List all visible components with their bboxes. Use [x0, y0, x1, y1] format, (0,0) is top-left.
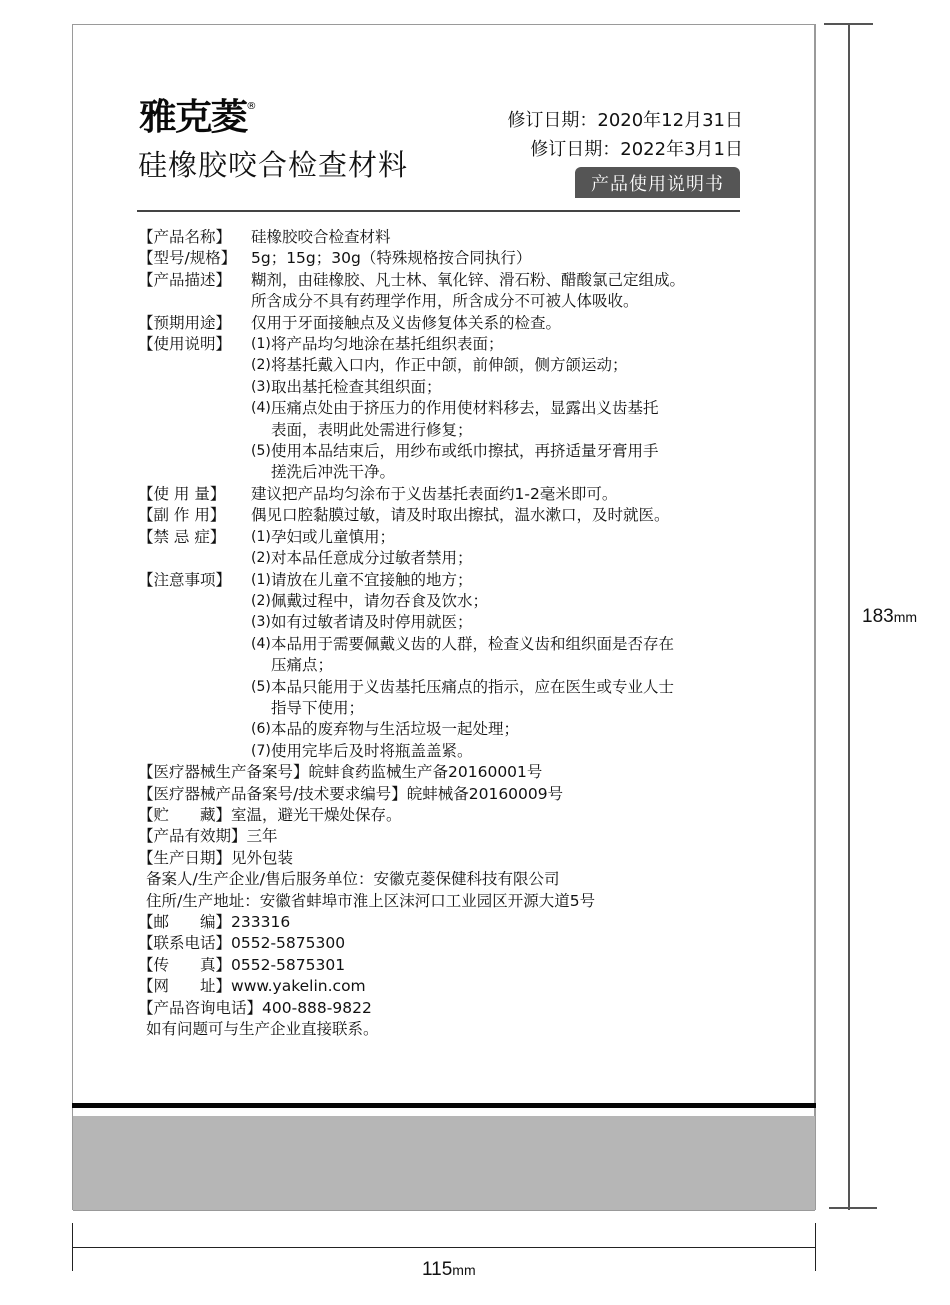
production-date-label: 【生产日期】 [138, 848, 231, 869]
step-text: 使用本品结束后，用纱布或纸巾擦拭，再挤适量牙膏用手 [271, 441, 659, 462]
website-link[interactable]: www.yakelin.com [231, 976, 366, 997]
postcode-row: 【邮 编】 233316 [138, 912, 768, 933]
precautions-label: 【注意事项】 [138, 570, 251, 591]
production-date-value: 见外包装 [231, 848, 293, 869]
model-spec-label: 【型号/规格】 [138, 248, 251, 269]
item-number: (2) [251, 548, 271, 569]
width-value: 115 [422, 1259, 452, 1280]
intended-use-label: 【预期用途】 [138, 313, 251, 334]
step-number: (4) [251, 398, 271, 419]
width-dimension-cap-right [815, 1223, 816, 1271]
item-number: (2) [251, 591, 271, 612]
item-text: 请放在儿童不宜接触的地方； [271, 570, 473, 591]
step-text: 将基托戴入口内，作正中颌，前伸颌，侧方颌运动； [271, 355, 628, 376]
brand-logo: 雅克菱® [139, 100, 257, 136]
storage-value: 室温，避光干燥处保存。 [231, 805, 402, 826]
step-text: 搓洗后冲洗干净。 [271, 462, 395, 483]
postcode-value: 233316 [231, 912, 290, 933]
leaflet-body: 【产品名称】 硅橡胶咬合检查材料 【型号/规格】 5g；15g；30g（特殊规格… [138, 227, 768, 1040]
hotline-value: 400-888-9822 [262, 998, 372, 1019]
closing-note-row: 如有问题可与生产企业直接联系。 [138, 1019, 768, 1040]
product-name-row: 【产品名称】 硅橡胶咬合检查材料 [138, 227, 768, 248]
item-text: 指导下使用； [271, 698, 364, 719]
product-record-label: 【医疗器械产品备案号/技术要求编号】 [138, 784, 407, 805]
height-dimension-cap-bottom [829, 1207, 877, 1209]
dosage-row: 【使 用 量】 建议把产品均匀涂布于义齿基托表面约1-2毫米即可。 [138, 484, 768, 505]
revision-date-1: 修订日期：2020年12月31日 [507, 112, 743, 130]
instructions-step-cont: 表面，表明此处需进行修复； [138, 420, 768, 441]
item-number: (1) [251, 570, 271, 591]
fax-value: 0552-5875301 [231, 955, 345, 976]
company-text: 备案人/生产企业/售后服务单位：安徽克菱保健科技有限公司 [146, 869, 559, 890]
item-text: 孕妇或儿童慎用； [271, 527, 395, 548]
product-record-row: 【医疗器械产品备案号/技术要求编号】 皖蚌械备20160009号 [138, 784, 768, 805]
intended-use-row: 【预期用途】 仅用于牙面接触点及义齿修复体关系的检查。 [138, 313, 768, 334]
production-record-label: 【医疗器械生产备案号】 [138, 762, 309, 783]
step-text: 表面，表明此处需进行修复； [271, 420, 473, 441]
width-dimension-line [72, 1247, 816, 1248]
instructions-label: 【使用说明】 [138, 334, 251, 355]
shelf-life-value: 三年 [247, 826, 278, 847]
precautions-item-cont: 压痛点； [138, 655, 768, 676]
company-row: 备案人/生产企业/售后服务单位：安徽克菱保健科技有限公司 [138, 869, 768, 890]
precautions-item: (6) 本品的废弃物与生活垃圾一起处理； [138, 719, 768, 740]
item-text: 本品只能用于义齿基托压痛点的指示，应在医生或专业人士 [271, 677, 674, 698]
height-value: 183 [862, 606, 894, 627]
step-number: (3) [251, 377, 271, 398]
precautions-item: (3) 如有过敏者请及时停用就医； [138, 612, 768, 633]
website-row: 【网 址】 www.yakelin.com [138, 976, 768, 997]
storage-row: 【贮 藏】 室温，避光干燥处保存。 [138, 805, 768, 826]
instructions-step-cont: 搓洗后冲洗干净。 [138, 462, 768, 483]
contraindications-item: (2) 对本品任意成分过敏者禁用； [138, 548, 768, 569]
product-title: 硅橡胶咬合检查材料 [138, 151, 408, 180]
phone-value: 0552-5875300 [231, 933, 345, 954]
contraindications-row: 【禁 忌 症】 (1) 孕妇或儿童慎用； [138, 527, 768, 548]
website-label: 【网 址】 [138, 976, 231, 997]
phone-row: 【联系电话】 0552-5875300 [138, 933, 768, 954]
step-text: 压痛点处由于挤压力的作用使材料移去，显露出义齿基托 [271, 398, 659, 419]
step-number: (1) [251, 334, 271, 355]
item-number: (6) [251, 719, 271, 740]
dosage-value: 建议把产品均匀涂布于义齿基托表面约1-2毫米即可。 [251, 484, 617, 505]
precautions-row: 【注意事项】 (1) 请放在儿童不宜接触的地方； [138, 570, 768, 591]
product-name-value: 硅橡胶咬合检查材料 [251, 227, 391, 248]
item-number: (5) [251, 677, 271, 698]
item-number: (7) [251, 741, 271, 762]
item-number: (4) [251, 634, 271, 655]
item-text: 本品用于需要佩戴义齿的人群，检查义齿和组织面是否存在 [271, 634, 674, 655]
storage-label: 【贮 藏】 [138, 805, 231, 826]
address-text: 住所/生产地址：安徽省蚌埠市淮上区沫河口工业园区开源大道5号 [146, 891, 595, 912]
step-number: (5) [251, 441, 271, 462]
shelf-life-label: 【产品有效期】 [138, 826, 247, 847]
footer-black-bar [72, 1103, 816, 1108]
step-number: (2) [251, 355, 271, 376]
item-text: 对本品任意成分过敏者禁用； [271, 548, 473, 569]
phone-label: 【联系电话】 [138, 933, 231, 954]
instructions-step: (3) 取出基托检查其组织面； [138, 377, 768, 398]
description-line: 所含成分不具有药理学作用，所含成分不可被人体吸收。 [251, 291, 639, 312]
side-effects-row: 【副 作 用】 偶见口腔黏膜过敏，请及时取出擦拭，温水漱口，及时就医。 [138, 505, 768, 526]
closing-note: 如有问题可与生产企业直接联系。 [146, 1019, 379, 1040]
item-text: 压痛点； [271, 655, 333, 676]
height-dimension-label: 183mm [862, 606, 917, 628]
item-text: 使用完毕后及时将瓶盖盖紧。 [271, 741, 473, 762]
description-row-cont: 所含成分不具有药理学作用，所含成分不可被人体吸收。 [138, 291, 768, 312]
manual-badge: 产品使用说明书 [575, 167, 740, 198]
registered-mark: ® [246, 101, 257, 112]
item-text: 如有过敏者请及时停用就医； [271, 612, 473, 633]
address-row: 住所/生产地址：安徽省蚌埠市淮上区沫河口工业园区开源大道5号 [138, 891, 768, 912]
item-text: 佩戴过程中，请勿吞食及饮水； [271, 591, 488, 612]
description-line: 糊剂，由硅橡胶、凡士林、氧化锌、滑石粉、醋酸氯己定组成。 [251, 270, 685, 291]
production-record-row: 【医疗器械生产备案号】 皖蚌食药监械生产备20160001号 [138, 762, 768, 783]
side-effects-value: 偶见口腔黏膜过敏，请及时取出擦拭，温水漱口，及时就医。 [251, 505, 670, 526]
precautions-item: (4) 本品用于需要佩戴义齿的人群，检查义齿和组织面是否存在 [138, 634, 768, 655]
description-label: 【产品描述】 [138, 270, 251, 291]
width-dimension-label: 115mm [422, 1259, 476, 1281]
instructions-step: (4) 压痛点处由于挤压力的作用使材料移去，显露出义齿基托 [138, 398, 768, 419]
production-date-row: 【生产日期】 见外包装 [138, 848, 768, 869]
intended-use-value: 仅用于牙面接触点及义齿修复体关系的检查。 [251, 313, 561, 334]
item-text: 本品的废弃物与生活垃圾一起处理； [271, 719, 519, 740]
width-unit: mm [452, 1262, 475, 1278]
model-spec-row: 【型号/规格】 5g；15g；30g（特殊规格按合同执行） [138, 248, 768, 269]
precautions-item: (2) 佩戴过程中，请勿吞食及饮水； [138, 591, 768, 612]
precautions-item-cont: 指导下使用； [138, 698, 768, 719]
production-record-value: 皖蚌食药监械生产备20160001号 [309, 762, 543, 783]
precautions-item: (5) 本品只能用于义齿基托压痛点的指示，应在医生或专业人士 [138, 677, 768, 698]
fax-row: 【传 真】 0552-5875301 [138, 955, 768, 976]
step-text: 取出基托检查其组织面； [271, 377, 442, 398]
footer-gray-band [73, 1116, 815, 1211]
height-dimension-line [848, 24, 850, 1210]
product-name-label: 【产品名称】 [138, 227, 251, 248]
instructions-step: (2) 将基托戴入口内，作正中颌，前伸颌，侧方颌运动； [138, 355, 768, 376]
instructions-row: 【使用说明】 (1) 将产品均匀地涂在基托组织表面； [138, 334, 768, 355]
model-spec-value: 5g；15g；30g（特殊规格按合同执行） [251, 248, 531, 269]
precautions-item: (7) 使用完毕后及时将瓶盖盖紧。 [138, 741, 768, 762]
revision-date-2: 修订日期：2022年3月1日 [530, 141, 743, 159]
fax-label: 【传 真】 [138, 955, 231, 976]
shelf-life-row: 【产品有效期】 三年 [138, 826, 768, 847]
dosage-label: 【使 用 量】 [138, 484, 251, 505]
side-effects-label: 【副 作 用】 [138, 505, 251, 526]
hotline-row: 【产品咨询电话】 400-888-9822 [138, 998, 768, 1019]
step-text: 将产品均匀地涂在基托组织表面； [271, 334, 504, 355]
header-divider [137, 210, 740, 212]
hotline-label: 【产品咨询电话】 [138, 998, 262, 1019]
contraindications-label: 【禁 忌 症】 [138, 527, 251, 548]
item-number: (1) [251, 527, 271, 548]
postcode-label: 【邮 编】 [138, 912, 231, 933]
brand-name: 雅克菱 [139, 97, 246, 138]
description-row: 【产品描述】 糊剂，由硅橡胶、凡士林、氧化锌、滑石粉、醋酸氯己定组成。 [138, 270, 768, 291]
product-record-value: 皖蚌械备20160009号 [407, 784, 563, 805]
item-number: (3) [251, 612, 271, 633]
height-unit: mm [894, 609, 917, 625]
instructions-step: (5) 使用本品结束后，用纱布或纸巾擦拭，再挤适量牙膏用手 [138, 441, 768, 462]
